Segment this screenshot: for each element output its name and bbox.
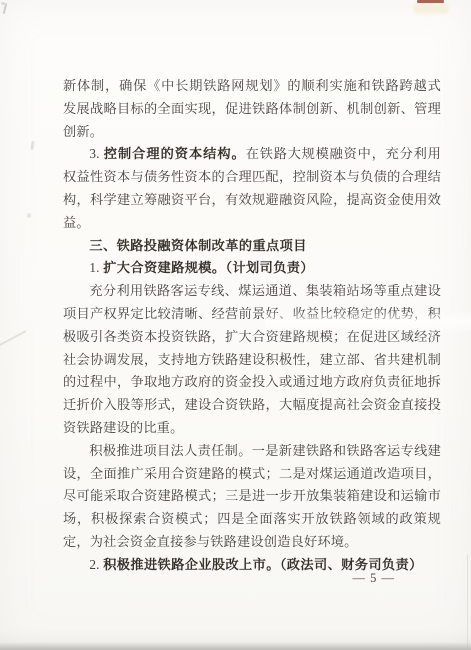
text-segment: 项目产权界定比较清晰、经营前景好、收益比较稳定的优势，积	[63, 306, 441, 321]
text-line: 尽可能采取合资建路模式；三是进一步开放集装箱建设和运输市	[63, 485, 441, 508]
text-segment: 社会协调发展，支持地方铁路建设积极性，建立部、省共建机制	[63, 352, 441, 367]
scan-right-edge-line	[467, 555, 469, 650]
text-line: 场，积极探索合资模式；四是全面落实开放铁路领域的政策规	[63, 508, 441, 531]
text-segment: 3.	[89, 146, 103, 161]
text-line: 益。	[63, 212, 441, 235]
text-segment: 设，全面推广采用合资建路的模式；二是对煤运通道改造项目，	[63, 466, 441, 481]
text-segment: 2.	[89, 557, 103, 572]
scan-stamp-edge-mark	[417, 0, 444, 3]
scan-speck-top-left	[1, 2, 5, 5]
text-segment: 权益性资本与债务性资本的合理匹配，控制资本与负债的合理结	[63, 169, 441, 184]
text-segment: 资铁路建设的比重。	[63, 420, 184, 435]
text-line: 1. 扩大合资建路规模。（计划司负责）	[63, 257, 441, 280]
text-line: 权益性资本与债务性资本的合理匹配，控制资本与负债的合理结	[63, 166, 441, 189]
text-segment: 创新。	[63, 124, 103, 139]
text-line: 的过程中，争取地方政府的资金投入或通过地方政府负责征地拆	[63, 371, 441, 394]
scan-smudge-top-right	[413, 2, 449, 14]
text-segment: 构，科学建立筹融资平台，有效规避融资风险，提高资金使用效	[63, 192, 441, 207]
text-line: 资铁路建设的比重。	[63, 417, 441, 440]
text-segment-bold: 控制合理的资本结构。	[104, 146, 246, 161]
text-line: 新体制，确保《中长期铁路网规划》的顺利实施和铁路跨越式	[63, 75, 441, 98]
scan-bottom-edge-shadow	[0, 642, 471, 650]
scanned-document-page: 新体制，确保《中长期铁路网规划》的顺利实施和铁路跨越式发展战略目标的全面实现，促…	[0, 0, 471, 650]
text-segment: 积极推进项目法人责任制。一是新建铁路和铁路客运专线建	[89, 443, 441, 458]
page-number: — 5 —	[353, 571, 396, 586]
text-line: 社会协调发展，支持地方铁路建设积极性，建立部、省共建机制	[63, 349, 441, 372]
text-segment: 新体制，确保《中长期铁路网规划》的顺利实施和铁路跨越式	[63, 78, 441, 93]
text-line: 极吸引各类资本投资铁路，扩大合资建路规模；在促进区域经济	[63, 326, 441, 349]
text-line: 构，科学建立筹融资平台，有效规避融资风险，提高资金使用效	[63, 189, 441, 212]
text-segment: 定，为社会资金直接参与铁路建设创造良好环境。	[63, 534, 358, 549]
text-segment: 迁折价入股等形式，建设合资铁路，大幅度提高社会资金直接投	[63, 397, 441, 412]
text-segment: 的过程中，争取地方政府的资金投入或通过地方政府负责征地拆	[63, 374, 441, 389]
text-segment-bold: 扩大合资建路规模。（计划司负责）	[103, 260, 314, 275]
text-segment-bold: 积极推进铁路企业股改上市。（政法司、财务司负责）	[103, 557, 423, 572]
text-segment: 在铁路大规模融资中，充分利用	[246, 146, 441, 161]
text-line: 迁折价入股等形式，建设合资铁路，大幅度提高社会资金直接投	[63, 394, 441, 417]
document-body-text: 新体制，确保《中长期铁路网规划》的顺利实施和铁路跨越式发展战略目标的全面实现，促…	[63, 75, 441, 577]
text-line: 3. 控制合理的资本结构。在铁路大规模融资中，充分利用	[63, 143, 441, 166]
text-segment: 发展战略目标的全面实现，促进铁路体制创新、机制创新、管理	[63, 101, 441, 116]
text-segment: 尽可能采取合资建路模式；三是进一步开放集装箱建设和运输市	[63, 488, 441, 503]
scan-speck-left-margin-1	[30, 141, 34, 150]
text-line: 定，为社会资金直接参与铁路建设创造良好环境。	[63, 531, 441, 554]
text-line: 发展战略目标的全面实现，促进铁路体制创新、机制创新、管理	[63, 98, 441, 121]
text-line: 三、铁路投融资体制改革的重点项目	[63, 235, 441, 258]
text-line: 创新。	[63, 121, 441, 144]
text-segment: 益。	[63, 215, 90, 230]
text-segment: 充分利用铁路客运专线、煤运通道、集装箱站场等重点建设	[89, 283, 441, 298]
scan-tick-top-left	[3, 3, 8, 14]
text-line: 项目产权界定比较清晰、经营前景好、收益比较稳定的优势，积	[63, 303, 441, 326]
text-segment-bold: 三、铁路投融资体制改革的重点项目	[89, 238, 306, 253]
text-segment: 1.	[89, 260, 103, 275]
scan-speck-left-margin-2	[27, 213, 31, 218]
text-line: 设，全面推广采用合资建路的模式；二是对煤运通道改造项目，	[63, 463, 441, 486]
scan-streak-left-edge	[0, 330, 26, 348]
text-line: 充分利用铁路客运专线、煤运通道、集装箱站场等重点建设	[63, 280, 441, 303]
text-segment: 极吸引各类资本投资铁路，扩大合资建路规模；在促进区域经济	[63, 329, 441, 344]
text-line: 积极推进项目法人责任制。一是新建铁路和铁路客运专线建	[63, 440, 441, 463]
text-segment: 场，积极探索合资模式；四是全面落实开放铁路领域的政策规	[63, 511, 441, 526]
